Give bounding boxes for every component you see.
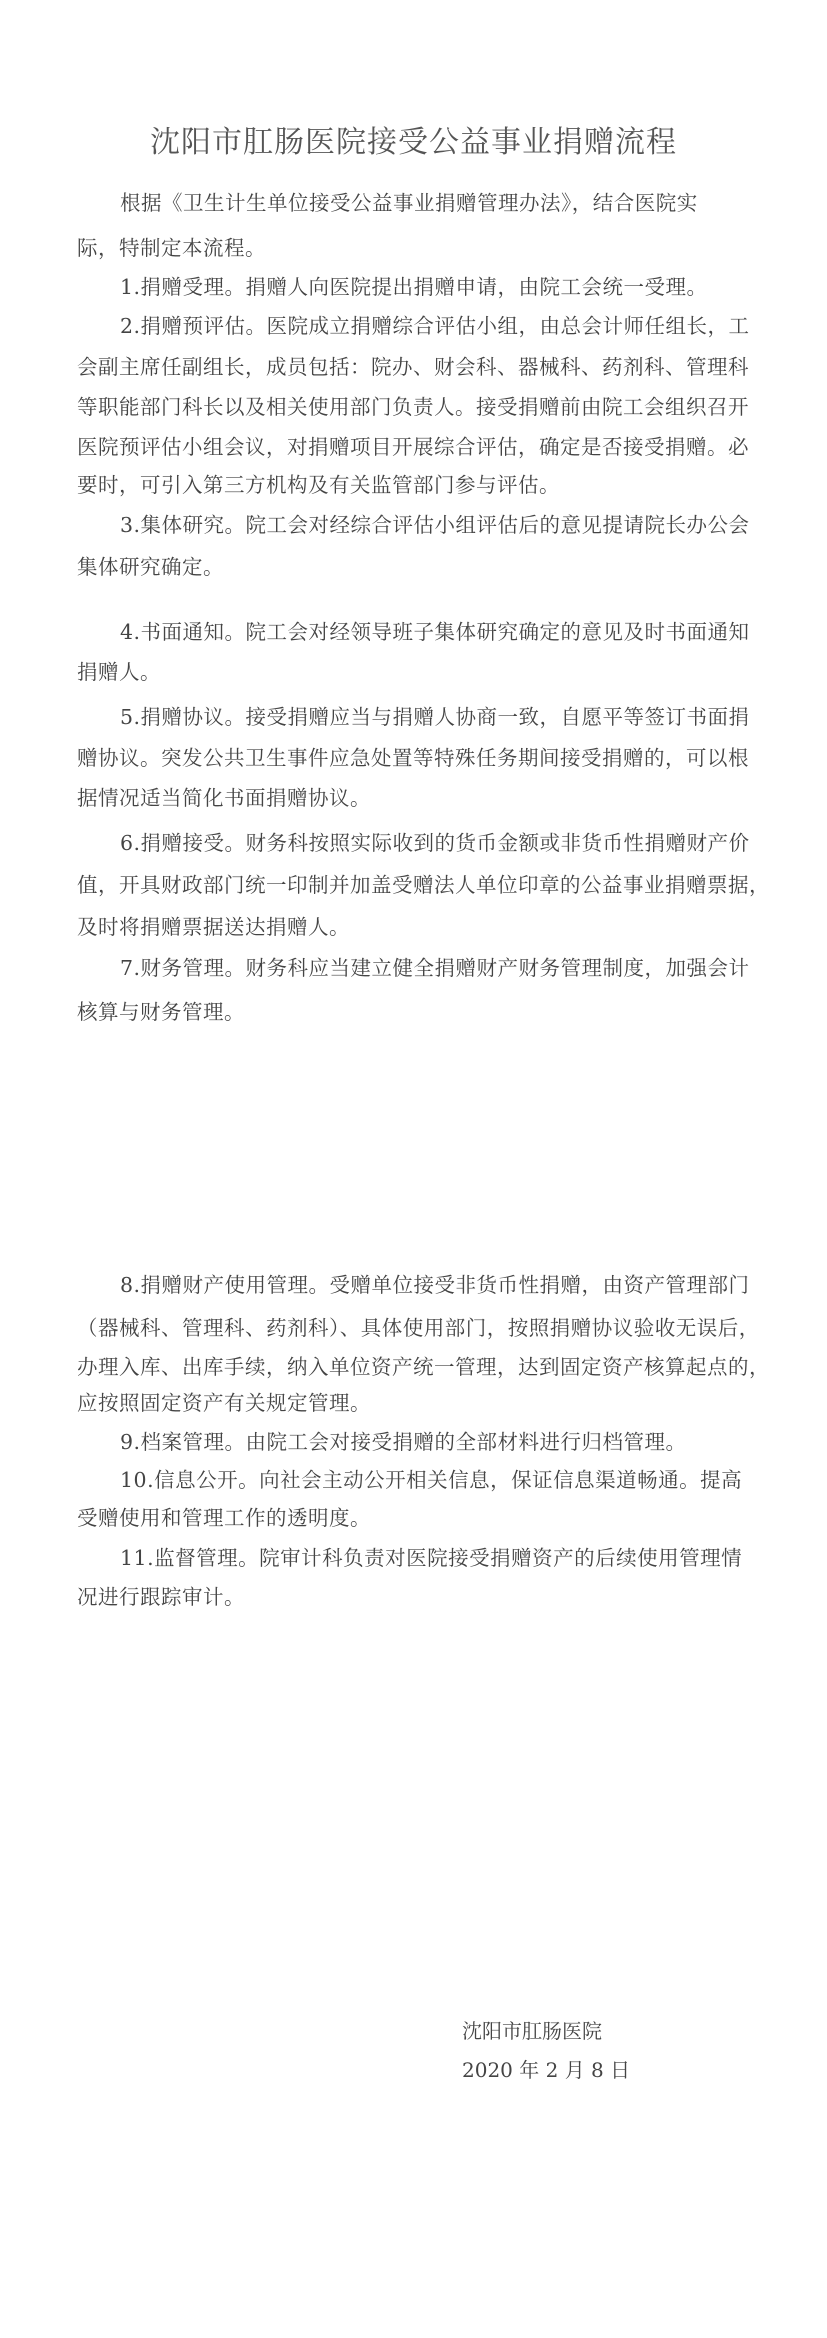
paragraph-line: 9.档案管理。由院工会对接受捐赠的全部材料进行归档管理。 (120, 1428, 687, 1456)
paragraph-line: 8.捐赠财产使用管理。受赠单位接受非货币性捐赠，由资产管理部门 (120, 1271, 750, 1299)
paragraph-line: 应按照固定资产有关规定管理。 (77, 1389, 371, 1417)
paragraph-line: 会副主席任副组长，成员包括：院办、财会科、器械科、药剂科、管理科 (77, 353, 749, 381)
document-title: 沈阳市肛肠医院接受公益事业捐赠流程 (0, 122, 827, 164)
paragraph-line: 核算与财务管理。 (77, 998, 245, 1026)
paragraph-line: 1.捐赠受理。捐赠人向医院提出捐赠申请，由院工会统一受理。 (120, 273, 708, 301)
paragraph-line: 赠协议。突发公共卫生事件应急处置等特殊任务期间接受捐赠的，可以根 (77, 744, 749, 772)
paragraph-line: 据情况适当简化书面捐赠协议。 (77, 784, 371, 812)
paragraph-line: 7.财务管理。财务科应当建立健全捐赠财产财务管理制度，加强会计 (120, 954, 750, 982)
paragraph-line: 及时将捐赠票据送达捐赠人。 (77, 913, 350, 941)
paragraph-line: 办理入库、出库手续，纳入单位资产统一管理，达到固定资产核算起点的， (77, 1353, 770, 1381)
paragraph-line: 等职能部门科长以及相关使用部门负责人。接受捐赠前由院工会组织召开 (77, 393, 749, 421)
paragraph-line: 要时，可引入第三方机构及有关监管部门参与评估。 (77, 471, 560, 499)
paragraph-line: 医院预评估小组会议，对捐赠项目开展综合评估，确定是否接受捐赠。必 (77, 433, 749, 461)
paragraph-line: 3.集体研究。院工会对经综合评估小组评估后的意见提请院长办公会 (120, 511, 750, 539)
paragraph-line: 根据《卫生计生单位接受公益事业捐赠管理办法》，结合医院实 (120, 189, 698, 217)
paragraph-line: 11.监督管理。院审计科负责对医院接受捐赠资产的后续使用管理情 (120, 1544, 742, 1572)
paragraph-line: 5.捐赠协议。接受捐赠应当与捐赠人协商一致，自愿平等签订书面捐 (120, 703, 750, 731)
paragraph-line: 10.信息公开。向社会主动公开相关信息，保证信息渠道畅通。提高 (120, 1466, 742, 1494)
signature-date: 2020 年 2 月 8 日 (462, 2056, 630, 2084)
paragraph-line: 捐赠人。 (77, 658, 161, 686)
paragraph-line: 4.书面通知。院工会对经领导班子集体研究确定的意见及时书面通知 (120, 618, 750, 646)
paragraph-line: 际，特制定本流程。 (77, 234, 266, 262)
signature-organization: 沈阳市肛肠医院 (462, 2017, 602, 2045)
paragraph-line: 6.捐赠接受。财务科按照实际收到的货币金额或非货币性捐赠财产价 (120, 829, 750, 857)
paragraph-line: 集体研究确定。 (77, 553, 224, 581)
paragraph-line: 受赠使用和管理工作的透明度。 (77, 1504, 371, 1532)
paragraph-line: 2.捐赠预评估。医院成立捐赠综合评估小组，由总会计师任组长，工 (120, 312, 750, 340)
paragraph-line: 值，开具财政部门统一印制并加盖受赠法人单位印章的公益事业捐赠票据， (77, 871, 770, 899)
paragraph-line: （器械科、管理科、药剂科）、具体使用部门，按照捐赠协议验收无误后， (77, 1314, 760, 1342)
paragraph-line: 况进行跟踪审计。 (77, 1583, 245, 1611)
